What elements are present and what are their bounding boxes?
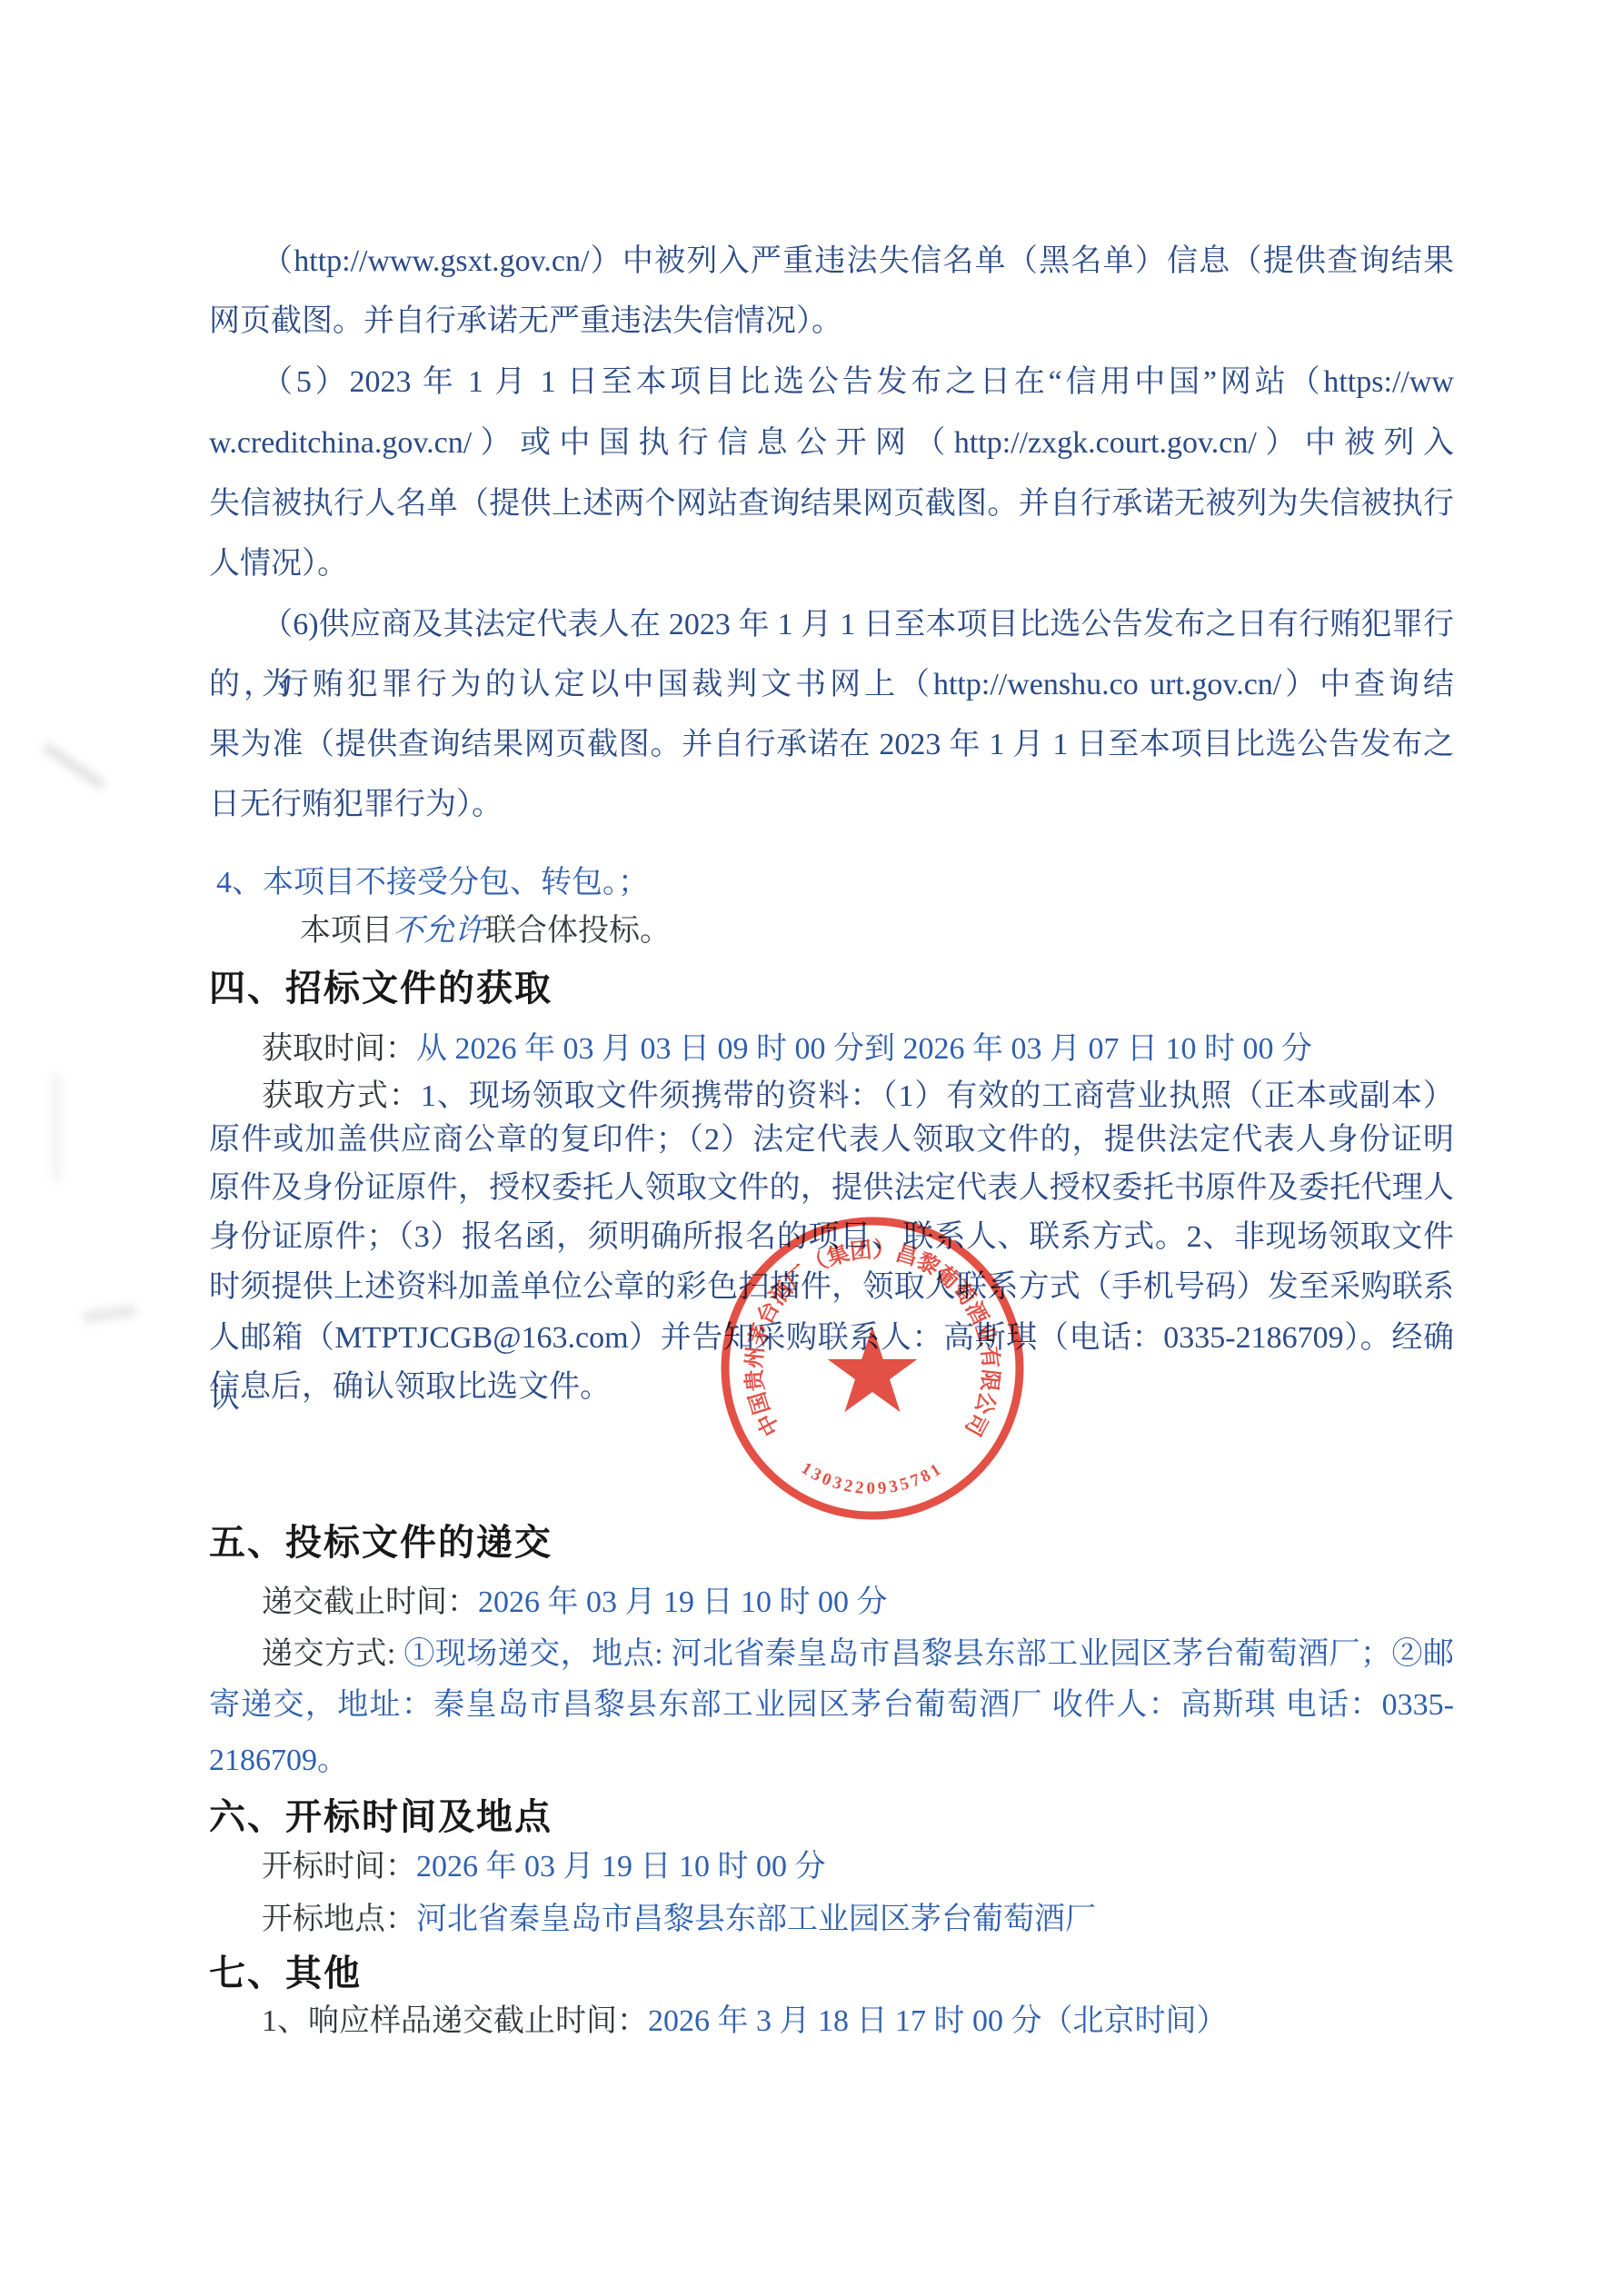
line-text: （http://www.gsxt.gov.cn/）中被列入严重违法失信名单（黑名… (262, 244, 1454, 278)
doc-line: 失信被执行人名单（提供上述两个网站查询结果网页截图。并自行承诺无被列为失信被执行 (209, 474, 1454, 534)
line-text: 4、本项目不接受分包、转包。； (216, 866, 649, 900)
doc-line: 日无行贿犯罪行为）。 (209, 775, 1454, 835)
section-heading-bid-opening: 六、开标时间及地点 (209, 1792, 1454, 1843)
line-text: 寄递交，地址：秦皇岛市昌黎县东部工业园区茅台葡萄酒厂 收件人：高斯琪 电话：03… (209, 1688, 1454, 1722)
doc-line-no-consortium: 本项目不允许联合体投标。 (209, 901, 1545, 961)
line-text: w.creditchina.gov.cn/）或中国执行信息公开网（http://… (209, 426, 1454, 460)
field-label: 1、响应样品递交截止时间： (262, 2004, 648, 2038)
field-value: 从 2026 年 03 月 03 日 09 时 00 分到 2026 年 03 … (416, 1032, 1312, 1066)
line-text: 本项目 (300, 914, 393, 948)
line-text: 日无行贿犯罪行为）。 (209, 788, 503, 821)
scan-smudge (53, 1072, 60, 1181)
doc-line-opening-time: 开标时间：2026 年 03 月 19 日 10 时 00 分 (209, 1837, 1507, 1897)
scanned-tender-document-page: （http://www.gsxt.gov.cn/）中被列入严重违法失信名单（黑名… (0, 0, 1623, 2296)
field-label: 开标时间： (262, 1850, 416, 1884)
line-text: （5）2023 年 1 月 1 日至本项目比选公告发布之日在“信用中国”网站（h… (262, 365, 1454, 399)
field-value: 河北省秦皇岛市昌黎县东部工业园区茅台葡萄酒厂 (416, 1903, 1096, 1936)
field-label: 递交截止时间： (262, 1585, 478, 1619)
line-text: 原件及身份证原件，授权委托人领取文件的，提供法定代表人授权委托书原件及委托代理人 (209, 1171, 1454, 1205)
line-text: 失信被执行人名单（提供上述两个网站查询结果网页截图。并自行承诺无被列为失信被执行 (209, 487, 1454, 521)
section-heading-obtain-documents: 四、招标文件的获取 (209, 963, 1454, 1014)
field-value: 1、现场领取文件须携带的资料：（1）有效的工商营业执照（正本或副本） (421, 1079, 1454, 1113)
doc-line-phone: 2186709。 (209, 1731, 1454, 1791)
doc-line-mail-address: 寄递交，地址：秦皇岛市昌黎县东部工业园区茅台葡萄酒厂 收件人：高斯琪 电话：03… (209, 1675, 1454, 1735)
line-text: 原件或加盖供应商公章的复印件；（2）法定代表人领取文件的，提供法定代表人身份证明 (209, 1123, 1454, 1157)
line-text: 时须提供上述资料加盖单位公章的彩色扫描件，领取人联系方式（手机号码）发至采购联系 (209, 1270, 1454, 1304)
field-label: 获取时间： (262, 1032, 416, 1066)
doc-line-sample-deadline: 1、响应样品递交截止时间：2026 年 3 月 18 日 17 时 00 分（北… (209, 1992, 1507, 2052)
doc-line: 网页截图。并自行承诺无严重违法失信情况）。 (209, 292, 1454, 352)
field-value: 2026 年 3 月 18 日 17 时 00 分（北京时间） (648, 2004, 1228, 2038)
seal-serial-number: 1303220935781 (798, 1458, 947, 1498)
field-label: 获取方式： (262, 1079, 421, 1113)
line-text: 信息后，确认领取比选文件。 (209, 1370, 611, 1404)
doc-line: （http://www.gsxt.gov.cn/）中被列入严重违法失信名单（黑名… (209, 232, 1454, 292)
doc-line-opening-place: 开标地点：河北省秦皇岛市昌黎县东部工业园区茅台葡萄酒厂 (209, 1890, 1507, 1950)
doc-line: 信息后，确认领取比选文件。 (209, 1357, 1454, 1417)
doc-line: w.creditchina.gov.cn/）或中国执行信息公开网（http://… (209, 413, 1454, 473)
doc-line: （6)供应商及其法定代表人在 2023 年 1 月 1 日至本项目比选公告发布之… (209, 595, 1454, 655)
scan-smudge (42, 742, 105, 790)
scan-smudge (83, 1305, 136, 1323)
line-text: 联合体投标。 (485, 914, 671, 948)
field-value: 2026 年 03 月 19 日 10 时 00 分 (478, 1585, 888, 1619)
line-text: 果为准（提供查询结果网页截图。并自行承诺在 2023 年 1 月 1 日至本项目… (209, 728, 1454, 761)
doc-line: 人情况）。 (209, 534, 1454, 594)
line-text: 2186709。 (209, 1744, 348, 1777)
line-text: 网页截图。并自行承诺无严重违法失信情况）。 (209, 304, 842, 338)
not-allowed-emphasis: 不允许 (393, 914, 485, 948)
section-heading-bid-submission: 五、投标文件的递交 (209, 1517, 1454, 1568)
doc-line: 果为准（提供查询结果网页截图。并自行承诺在 2023 年 1 月 1 日至本项目… (209, 715, 1454, 775)
line-text: 人情况）。 (209, 547, 348, 581)
line-text: 身份证原件；（3）报名函，须明确所报名的项目、联系人、联系方式。2、非现场领取文… (209, 1220, 1454, 1254)
field-label: 递交方式: (262, 1637, 403, 1671)
doc-line: （5）2023 年 1 月 1 日至本项目比选公告发布之日在“信用中国”网站（h… (209, 353, 1454, 412)
line-text: 的，行贿犯罪行为的认定以中国裁判文书网上（http://wenshu.co ur… (209, 668, 1454, 701)
field-value: ①现场递交，地点: 河北省秦皇岛市昌黎县东部工业园区茅台葡萄酒厂；②邮 (403, 1637, 1454, 1671)
field-label: 开标地点： (262, 1903, 416, 1936)
field-value: 2026 年 03 月 19 日 10 时 00 分 (416, 1850, 826, 1884)
doc-line: 的，行贿犯罪行为的认定以中国裁判文书网上（http://wenshu.co ur… (209, 655, 1454, 715)
